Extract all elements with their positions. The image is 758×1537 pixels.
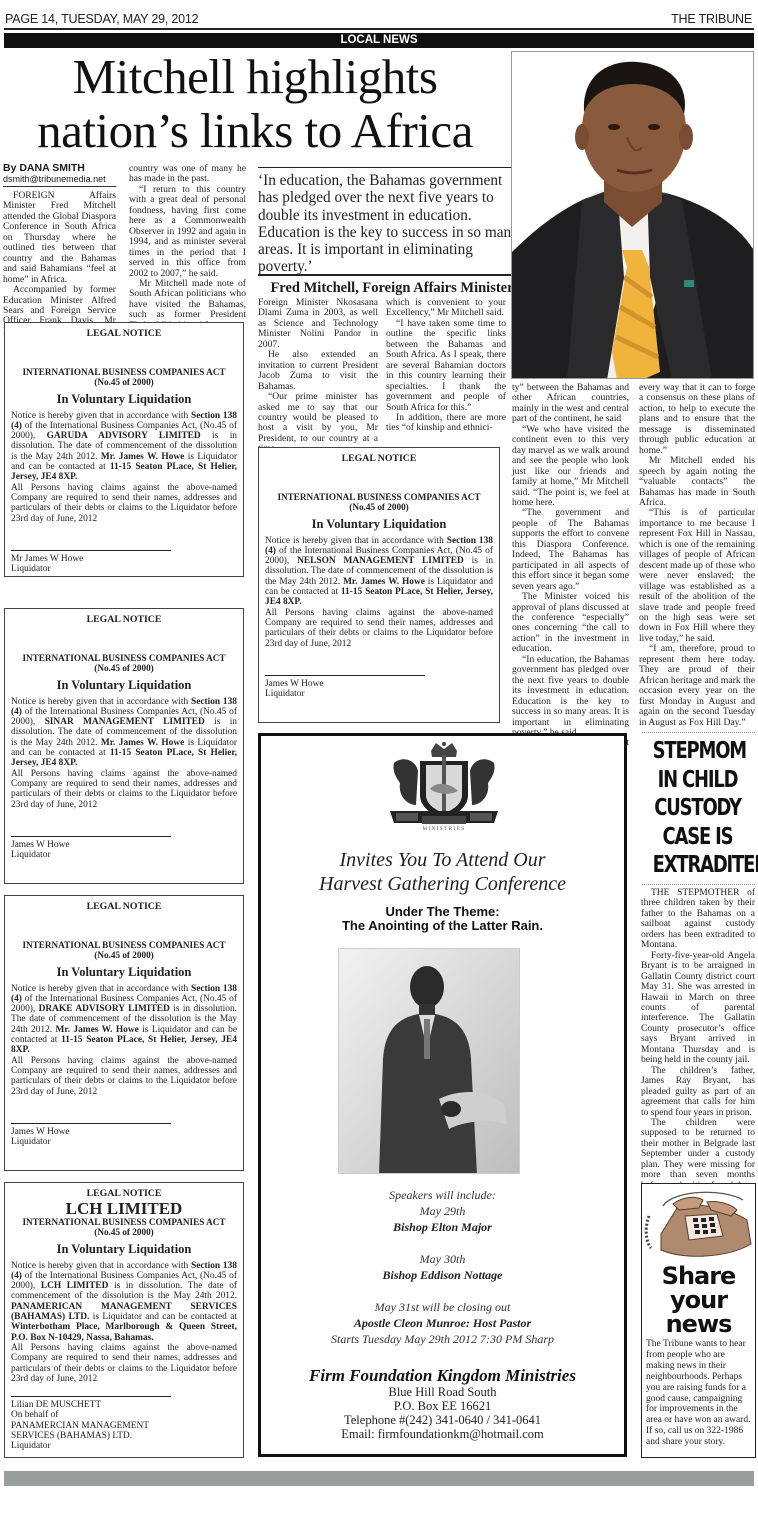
byline-author: By DANA SMITH (3, 162, 85, 174)
notice-body: Notice is hereby given that in accordanc… (11, 1261, 237, 1343)
article-column-4: which is convenient to your Excellency,”… (386, 298, 506, 434)
legal-act: INTERNATIONAL BUSINESS COMPANIES ACT (11, 1217, 237, 1227)
crest-icon (386, 741, 502, 837)
legal-notice-header: LEGAL NOTICE (11, 902, 237, 912)
article-column-5: ty” between the Bahamas and other Africa… (512, 383, 629, 759)
article-column-6: every way that it can to forge a consens… (639, 383, 755, 728)
paragraph: “We who have visited the continent even … (512, 425, 629, 509)
paragraph: The Minister voiced his approval of plan… (512, 592, 629, 655)
legal-act-number: (No.45 of 2000) (265, 502, 493, 512)
legal-act: INTERNATIONAL BUSINESS COMPANIES ACT (265, 492, 493, 502)
side-story-body: THE STEPMOTHER of three children taken b… (641, 888, 755, 1212)
legal-notice-sinar: LEGAL NOTICE INTERNATIONAL BUSINESS COMP… (4, 608, 244, 884)
paragraph: THE STEPMOTHER of three children taken b… (641, 888, 755, 951)
legal-act-number: (No.45 of 2000) (11, 663, 237, 673)
share-title-line-3: news (642, 1312, 755, 1336)
ad-invite-line-1: Invites You To Attend Our (258, 848, 627, 872)
company-name: LCH LIMITED (41, 1281, 109, 1291)
liquidation-status: In Voluntary Liquidation (11, 394, 237, 404)
ad-day2-date: May 30th (258, 1251, 627, 1267)
ad-telephone[interactable]: Telephone #(242) 341-0640 / 341-0641 (258, 1413, 627, 1427)
paragraph: Mr Mitchell ended his speech by again no… (639, 456, 755, 508)
legal-act: INTERNATIONAL BUSINESS COMPANIES ACT (11, 940, 237, 950)
ad-theme-title: The Anointing of the Latter Rain. (258, 919, 627, 933)
paragraph: which is convenient to your Excellency,”… (386, 298, 506, 319)
ad-invite-line-2: Harvest Gathering Conference (258, 872, 627, 896)
legal-notice-header: LEGAL NOTICE (11, 329, 237, 339)
paragraph: “Our prime minister has asked me to say … (258, 392, 378, 455)
ad-speakers-intro: Speakers will include: (258, 1187, 627, 1203)
headline-line-1: Mitchell highlights (2, 50, 508, 104)
notice-body: Notice is hereby given that in accordanc… (11, 697, 237, 769)
story-divider (642, 732, 755, 733)
paragraph: every way that it can to forge a consens… (639, 383, 755, 456)
legal-act-number: (No.45 of 2000) (11, 950, 237, 960)
pull-quote: ‘In education, the Bahamas government ha… (258, 167, 523, 276)
paragraph: “I am, therefore, proud to represent the… (639, 644, 755, 728)
ministry-crest-logo: MINISTRIES (386, 741, 502, 837)
notice-claims: All Persons having claims against the ab… (11, 483, 237, 524)
company-title: LCH LIMITED (11, 1201, 237, 1217)
telephone-icon (643, 1186, 755, 1264)
share-your-news-box: Share your news The Tribune wants to hea… (641, 1183, 756, 1458)
byline: By DANA SMITH dsmith@tribunemedia.net (3, 163, 116, 187)
paragraph: “I return to this country with a great d… (129, 185, 246, 279)
paragraph: country was one of many he has made in t… (129, 164, 246, 185)
share-call-to-action[interactable]: If so, call us on 322-1986 and share you… (642, 1426, 755, 1448)
paragraph: The children’s father, James Ray Bryant,… (641, 1066, 755, 1118)
byline-email[interactable]: dsmith@tribunemedia.net (3, 174, 116, 187)
article-column-3: Foreign Minister Nkosasana Dlami Zuma in… (258, 298, 378, 455)
speaker-photo (338, 948, 520, 1174)
legal-notice-nelson: LEGAL NOTICE INTERNATIONAL BUSINESS COMP… (258, 447, 500, 723)
paragraph: In addition, there are more ties “of kin… (386, 413, 506, 434)
ad-theme-label: Under The Theme: (258, 905, 627, 919)
legal-act: INTERNATIONAL BUSINESS COMPANIES ACT (11, 367, 237, 377)
pull-quote-attribution: Fred Mitchell, Foreign Affairs Minister (258, 280, 526, 297)
signature-block: James W Howe Liquidator (11, 836, 171, 861)
footer-bar (4, 1471, 754, 1486)
ad-start-time: Starts Tuesday May 29th 2012 7:30 PM Sha… (258, 1331, 627, 1347)
notice-claims: All Persons having claims against the ab… (11, 1056, 237, 1097)
paragraph: “The government and people of The Bahama… (512, 508, 629, 592)
legal-act-number: (No.45 of 2000) (11, 377, 237, 387)
portrait-illustration (512, 52, 754, 379)
ad-day1-speaker: Bishop Elton Major (258, 1219, 627, 1235)
company-name: SINAR MANAGEMENT LIMITED (45, 717, 205, 727)
article-photo (511, 51, 754, 379)
story-divider (642, 884, 755, 885)
page-folio: PAGE 14, TUESDAY, MAY 29, 2012 (5, 12, 198, 26)
notice-body: Notice is hereby given that in accordanc… (265, 536, 493, 608)
paragraph: Foreign Minister Nkosasana Dlami Zuma in… (258, 298, 378, 350)
signature-block: Lilian DE MUSCHETT On behalf of PANAMERC… (11, 1396, 171, 1451)
speaker-portrait-illustration (339, 949, 520, 1174)
article-column-1: FOREIGN Affairs Minister Fred Mitchell a… (3, 191, 116, 337)
publication-name: THE TRIBUNE (671, 12, 752, 26)
signature-block: Mr James W Howe Liquidator (11, 550, 171, 575)
ad-day3-note: May 31st will be closing out (258, 1299, 627, 1315)
company-name: NELSON MANAGEMENT LIMITED (297, 556, 464, 566)
pull-quote-rule (258, 274, 523, 276)
ad-po-box: P.O. Box EE 16621 (258, 1399, 627, 1413)
legal-notice-lch: LEGAL NOTICE LCH LIMITED INTERNATIONAL B… (4, 1182, 244, 1458)
legal-notice-garuda: LEGAL NOTICE INTERNATIONAL BUSINESS COMP… (4, 322, 244, 577)
notice-body: Notice is hereby given that in accordanc… (11, 411, 237, 483)
legal-notice-header: LEGAL NOTICE (11, 615, 237, 625)
liquidation-status: In Voluntary Liquidation (265, 519, 493, 529)
paragraph: He also extended an invitation to curren… (258, 350, 378, 392)
ad-org-name: Firm Foundation Kingdom Ministries (258, 1366, 627, 1386)
paragraph: FOREIGN Affairs Minister Fred Mitchell a… (3, 191, 116, 285)
paragraph: “This is of particular importance to me … (639, 508, 755, 644)
section-label: LOCAL NEWS (4, 33, 754, 48)
ad-email[interactable]: Email: firmfoundationkm@hotmail.com (258, 1427, 627, 1441)
notice-claims: All Persons having claims against the ab… (11, 769, 237, 810)
company-name: DRAKE ADVISORY LIMITED (39, 1004, 170, 1014)
legal-notice-header: LEGAL NOTICE (265, 454, 493, 464)
top-rule (4, 28, 754, 30)
ad-address: Blue Hill Road South (258, 1385, 627, 1399)
legal-notice-header: LEGAL NOTICE (11, 1189, 237, 1199)
signature-block: James W Howe Liquidator (265, 675, 425, 700)
ad-day2-speaker: Bishop Eddison Nottage (258, 1267, 627, 1283)
liquidation-status: In Voluntary Liquidation (11, 680, 237, 690)
signature-block: James W Howe Liquidator (11, 1123, 171, 1148)
paragraph: Forty-five-year-old Angela Bryant is to … (641, 951, 755, 1066)
notice-body: Notice is hereby given that in accordanc… (11, 984, 237, 1056)
notice-claims: All Persons having claims against the ab… (265, 608, 493, 649)
article-column-2: country was one of many he has made in t… (129, 164, 246, 331)
paragraph: “I have taken some time to outline the s… (386, 319, 506, 413)
paragraph: “In education, the Bahamas government ha… (512, 655, 629, 739)
liquidation-status: In Voluntary Liquidation (11, 967, 237, 977)
paragraph: ty” between the Bahamas and other Africa… (512, 383, 629, 425)
liquidation-status: In Voluntary Liquidation (11, 1244, 237, 1254)
side-story-headline: STEPMOM IN CHILD CUSTODY CASE IS EXTRADI… (653, 737, 743, 880)
legal-act-number: (No.45 of 2000) (11, 1227, 237, 1237)
legal-notice-drake: LEGAL NOTICE INTERNATIONAL BUSINESS COMP… (4, 895, 244, 1171)
share-title-line-2: your (642, 1288, 755, 1312)
ad-day3-speaker: Apostle Cleon Munroe: Host Pastor (258, 1315, 627, 1331)
headline-line-2: nation’s links to Africa (2, 104, 508, 158)
notice-claims: All Persons having claims against the ab… (11, 1343, 237, 1384)
legal-act: INTERNATIONAL BUSINESS COMPANIES ACT (11, 653, 237, 663)
company-name: GARUDA ADVISORY LIMITED (47, 431, 201, 441)
ad-day1-date: May 29th (258, 1203, 627, 1219)
share-title-line-1: Share (642, 1264, 755, 1288)
church-ad-content: MINISTRIES Invites You To Attend Our Har… (258, 733, 627, 1457)
crest-subtitle: MINISTRIES (386, 827, 502, 832)
share-body-text: The Tribune wants to hear from people wh… (642, 1339, 755, 1426)
